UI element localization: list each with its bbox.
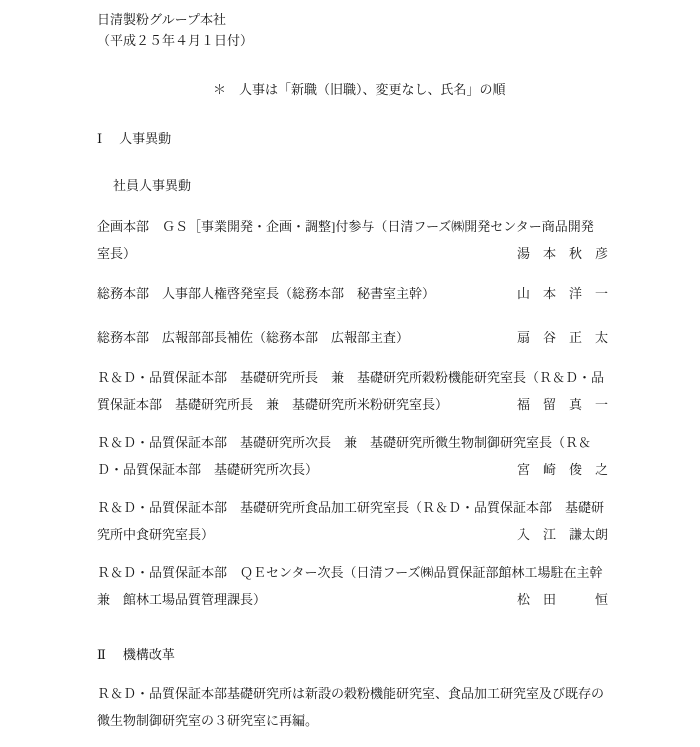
entry-position-line: Ｒ＆Ｄ・品質保証本部 基礎研究所長 兼 基礎研究所穀粉機能研究室長（Ｒ＆Ｄ・品	[97, 371, 608, 384]
section-2-title: 機構改革	[123, 648, 175, 661]
section-2-heading: Ⅱ機構改革	[97, 648, 175, 661]
section-1-numeral: Ⅰ	[97, 132, 102, 145]
section-2-numeral: Ⅱ	[97, 648, 106, 661]
personnel-entry: 企画本部 ＧＳ［事業開発・企画・調整]付参与（日清フーズ㈱開発センター商品開発 …	[97, 220, 608, 260]
entry-position-tail: 室長）	[97, 247, 136, 260]
entry-position-tail: 究所中食研究室長）	[97, 528, 214, 541]
personnel-entry: 総務本部 人事部人権啓発室長（総務本部 秘書室主幹） 山 本 洋 一	[97, 287, 608, 300]
format-note: ＊ 人事は「新職（旧職）、変更なし、氏名」の順	[213, 83, 506, 96]
entry-position-line: 企画本部 ＧＳ［事業開発・企画・調整]付参与（日清フーズ㈱開発センター商品開発	[97, 220, 608, 233]
entry-position-tail: 総務本部 人事部人権啓発室長（総務本部 秘書室主幹）	[97, 287, 435, 300]
entry-person-name: 福 留 真 一	[517, 398, 608, 411]
reorg-line-2: 微生物制御研究室の３研究室に再編。	[97, 714, 608, 727]
section-1-title: 人事異動	[119, 132, 171, 145]
personnel-entry: Ｒ＆Ｄ・品質保証本部 基礎研究所食品加工研究室長（Ｒ＆Ｄ・品質保証本部 基礎研 …	[97, 501, 608, 541]
personnel-entry: Ｒ＆Ｄ・品質保証本部 基礎研究所長 兼 基礎研究所穀粉機能研究室長（Ｒ＆Ｄ・品 …	[97, 371, 608, 411]
entry-person-name: 松 田 恒	[517, 593, 608, 606]
entry-person-name: 宮 崎 俊 之	[517, 463, 608, 476]
effective-date: （平成２５年４月１日付）	[97, 34, 253, 47]
document-page: 日清製粉グループ本社 （平成２５年４月１日付） ＊ 人事は「新職（旧職）、変更な…	[0, 0, 700, 747]
entry-person-name: 扇 谷 正 太	[517, 331, 608, 344]
document-header: 日清製粉グループ本社 （平成２５年４月１日付）	[97, 13, 253, 47]
entry-position-line: Ｒ＆Ｄ・品質保証本部 基礎研究所次長 兼 基礎研究所微生物制御研究室長（Ｒ＆	[97, 436, 608, 449]
entry-position-line: Ｒ＆Ｄ・品質保証本部 ＱＥセンター次長（日清フーズ㈱品質保証部館林工場駐在主幹	[97, 566, 608, 579]
company-name: 日清製粉グループ本社	[97, 13, 253, 26]
section-1-subtitle: 社員人事異動	[113, 179, 191, 192]
entry-person-name: 山 本 洋 一	[517, 287, 608, 300]
entry-position-tail: 兼 館林工場品質管理課長）	[97, 593, 266, 606]
entry-person-name: 入 江 謙太朗	[517, 528, 608, 541]
entry-position-tail: 質保証本部 基礎研究所長 兼 基礎研究所米粉研究室長）	[97, 398, 448, 411]
section-1-heading: Ⅰ人事異動	[97, 132, 171, 145]
entry-position-line: Ｒ＆Ｄ・品質保証本部 基礎研究所食品加工研究室長（Ｒ＆Ｄ・品質保証本部 基礎研	[97, 501, 608, 514]
reorg-line-1: Ｒ＆Ｄ・品質保証本部基礎研究所は新設の穀粉機能研究室、食品加工研究室及び既存の	[97, 687, 608, 700]
personnel-entry: 総務本部 広報部部長補佐（総務本部 広報部主査） 扇 谷 正 太	[97, 331, 608, 344]
entry-position-tail: 総務本部 広報部部長補佐（総務本部 広報部主査）	[97, 331, 409, 344]
personnel-entry: Ｒ＆Ｄ・品質保証本部 基礎研究所次長 兼 基礎研究所微生物制御研究室長（Ｒ＆ Ｄ…	[97, 436, 608, 476]
entry-position-tail: Ｄ・品質保証本部 基礎研究所次長）	[97, 463, 318, 476]
entry-person-name: 湯 本 秋 彦	[517, 247, 608, 260]
personnel-entry: Ｒ＆Ｄ・品質保証本部 ＱＥセンター次長（日清フーズ㈱品質保証部館林工場駐在主幹 …	[97, 566, 608, 606]
reorg-paragraph: Ｒ＆Ｄ・品質保証本部基礎研究所は新設の穀粉機能研究室、食品加工研究室及び既存の …	[97, 687, 608, 727]
